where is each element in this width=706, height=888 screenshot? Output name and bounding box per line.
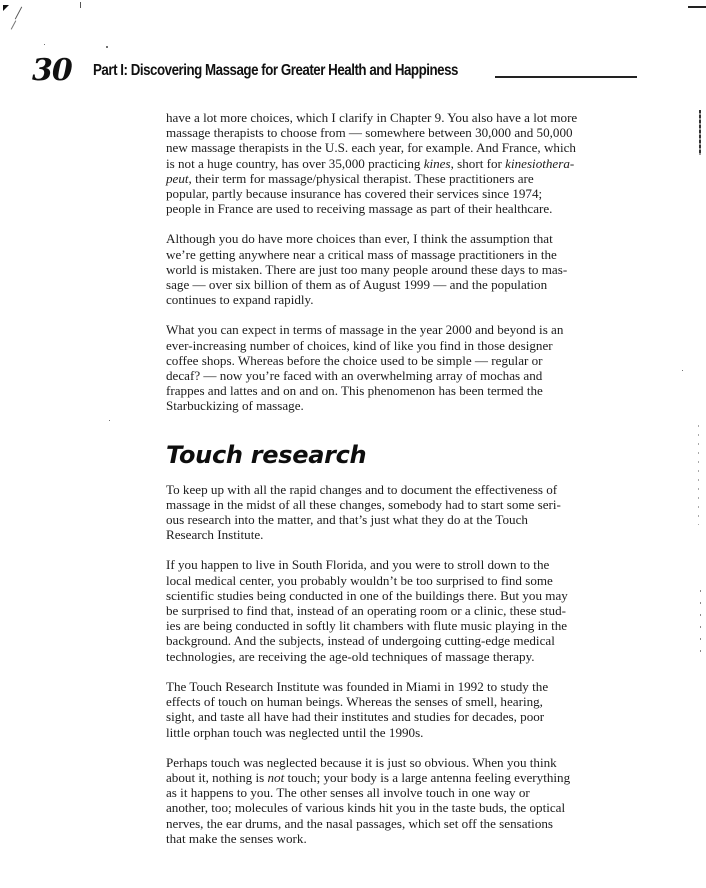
text-line: we’re getting anywhere near a critical m…	[166, 247, 616, 262]
text-line: ous research into the matter, and that’s…	[166, 512, 616, 527]
paragraph: If you happen to live in South Florida, …	[166, 557, 616, 663]
text-line: technologies, are receiving the age-old …	[166, 649, 616, 664]
text-line: The Touch Research Institute was founded…	[166, 679, 616, 694]
text-line: Although you do have more choices than e…	[166, 231, 616, 246]
text-line: local medical center, you probably would…	[166, 573, 616, 588]
paragraphs-before-section: have a lot more choices, which I clarify…	[166, 110, 616, 414]
paragraph: Perhaps touch was neglected because it i…	[166, 755, 616, 846]
text-line: massage in the midst of all these change…	[166, 497, 616, 512]
text-line: scientific studies being conducted in on…	[166, 588, 616, 603]
text-line: Starbuckizing of massage.	[166, 398, 616, 413]
text-line: ever-increasing number of choices, kind …	[166, 338, 616, 353]
scan-mark	[80, 2, 81, 8]
text-line: What you can expect in terms of massage …	[166, 322, 616, 337]
text-line: frappes and lattes and on and on. This p…	[166, 383, 616, 398]
text-line: little orphan touch was neglected until …	[166, 725, 616, 740]
text-line: new massage therapists in the U.S. each …	[166, 140, 616, 155]
scan-mark	[11, 20, 17, 29]
text-line: ies are being conducted in softly lit ch…	[166, 618, 616, 633]
italic-term: kinesiothera-	[505, 156, 574, 171]
italic-term: peut	[166, 171, 189, 186]
scan-edge-strip	[700, 590, 701, 660]
scan-mark	[688, 6, 706, 8]
paragraph: The Touch Research Institute was founded…	[166, 679, 616, 740]
running-header: 30 Part I: Discovering Massage for Great…	[32, 54, 612, 88]
text-line: about it, nothing is not touch; your bod…	[166, 770, 616, 785]
paragraphs-after-section: To keep up with all the rapid changes an…	[166, 482, 616, 846]
text-line: massage therapists to choose from — some…	[166, 125, 616, 140]
book-page: 30 Part I: Discovering Massage for Great…	[0, 0, 706, 888]
scan-corner-mark	[3, 5, 9, 11]
text-line: that make the senses work.	[166, 831, 616, 846]
part-title: Part I: Discovering Massage for Greater …	[93, 61, 458, 81]
paragraph: have a lot more choices, which I clarify…	[166, 110, 616, 216]
text-line: nerves, the ear drums, and the nasal pas…	[166, 816, 616, 831]
text-line: popular, partly because insurance has co…	[166, 186, 616, 201]
text-line: effects of touch on human beings. Wherea…	[166, 694, 616, 709]
paragraph: What you can expect in terms of massage …	[166, 322, 616, 413]
scan-edge-strip	[698, 425, 699, 525]
text-line: is not a huge country, has over 35,000 p…	[166, 156, 616, 171]
page-number: 30	[32, 54, 72, 88]
scan-speck	[106, 46, 108, 48]
text-line: sight, and taste all have had their inst…	[166, 709, 616, 724]
text-line: people in France are used to receiving m…	[166, 201, 616, 216]
text-line: Perhaps touch was neglected because it i…	[166, 755, 616, 770]
scan-speck	[44, 44, 45, 45]
text-line: sage — over six billion of them as of Au…	[166, 277, 616, 292]
scan-speck	[109, 420, 110, 421]
text-line: Research Institute.	[166, 527, 616, 542]
text-line: continues to expand rapidly.	[166, 292, 616, 307]
text-line: To keep up with all the rapid changes an…	[166, 482, 616, 497]
text-line: another, too; molecules of various kinds…	[166, 800, 616, 815]
text-line: If you happen to live in South Florida, …	[166, 557, 616, 572]
body-text: have a lot more choices, which I clarify…	[166, 110, 616, 861]
italic-term: kines	[424, 156, 451, 171]
text-line: coffee shops. Whereas before the choice …	[166, 353, 616, 368]
text-line: background. And the subjects, instead of…	[166, 633, 616, 648]
text-line: peut, their term for massage/physical th…	[166, 171, 616, 186]
scan-mark	[15, 7, 22, 20]
paragraph: To keep up with all the rapid changes an…	[166, 482, 616, 543]
text-line: as it happens to you. The other senses a…	[166, 785, 616, 800]
paragraph: Although you do have more choices than e…	[166, 231, 616, 307]
italic-term: not	[267, 770, 284, 785]
section-heading: Touch research	[166, 440, 616, 470]
text-line: have a lot more choices, which I clarify…	[166, 110, 616, 125]
text-line: be surprised to find that, instead of an…	[166, 603, 616, 618]
header-rule	[495, 76, 637, 78]
scan-edge-strip	[699, 110, 701, 155]
text-line: world is mistaken. There are just too ma…	[166, 262, 616, 277]
text-line: decaf? — now you’re faced with an overwh…	[166, 368, 616, 383]
scan-speck	[682, 370, 683, 371]
